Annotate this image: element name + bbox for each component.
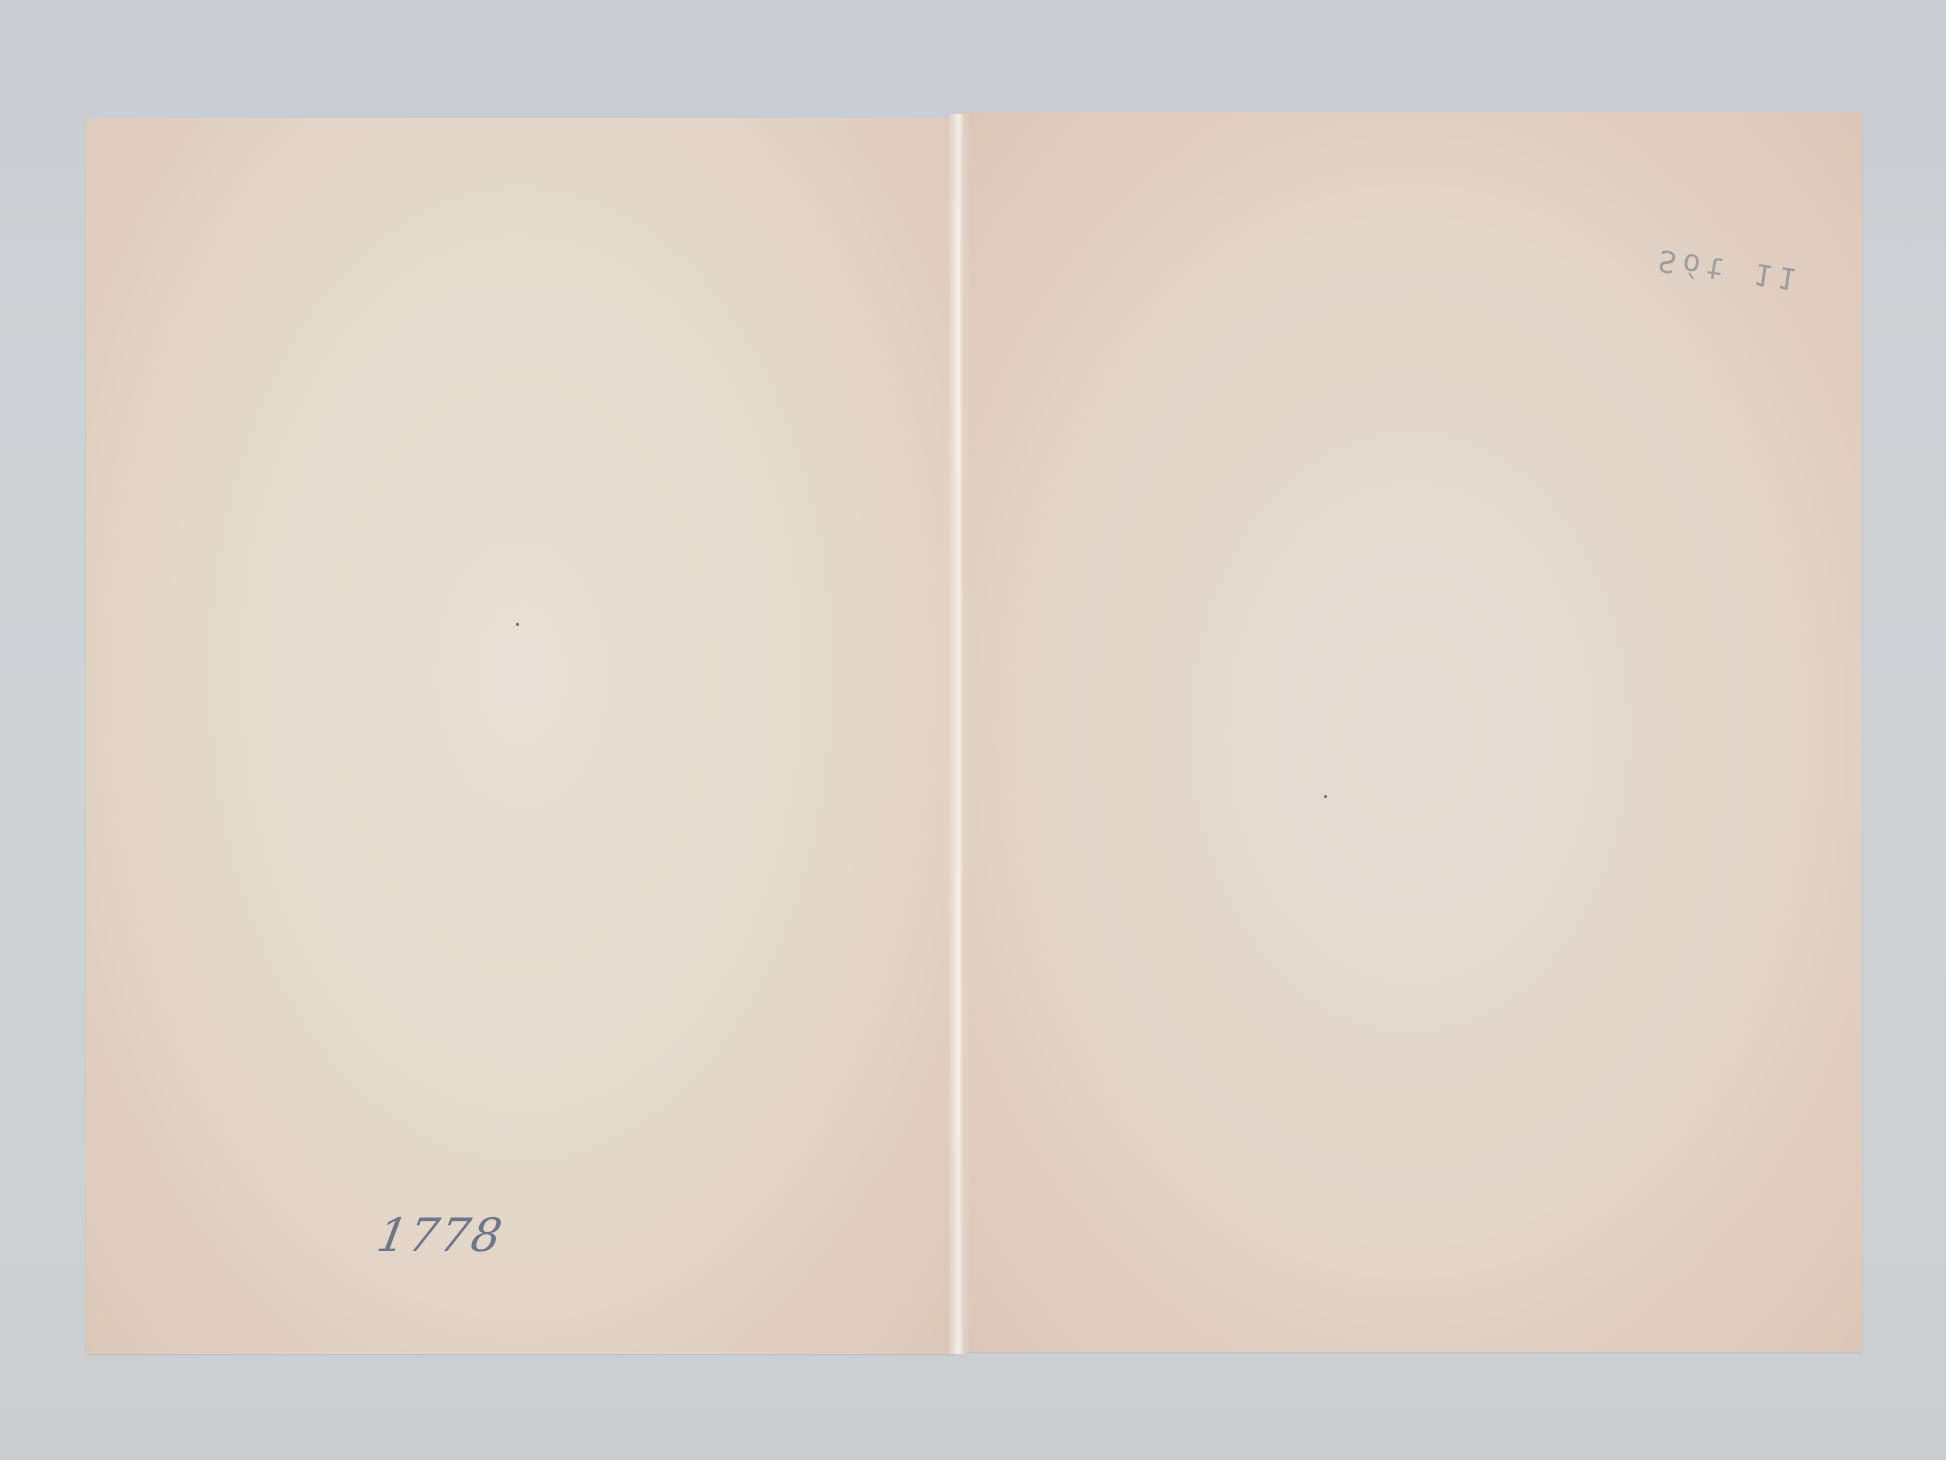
paper-speck [516,623,519,626]
left-page [86,118,956,1354]
right-page [958,112,1862,1352]
handwritten-number: 1778 [373,1208,508,1262]
center-fold [948,114,970,1354]
paper-speck [1324,795,1327,798]
